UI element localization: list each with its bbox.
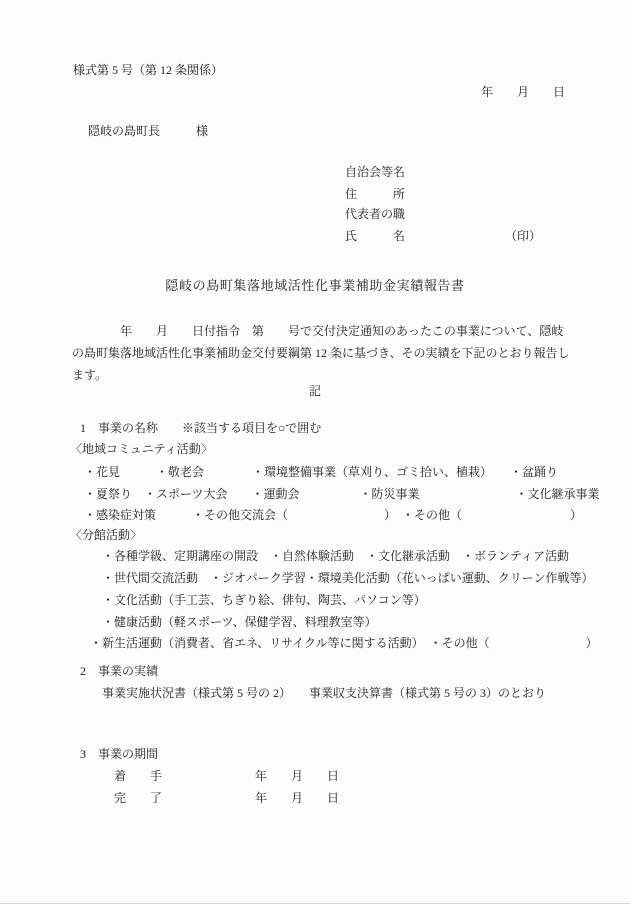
section2-body: 事業実施状況書（様式第 5 号の 2） 事業収支決算書（様式第 5 号の 3）の… — [102, 685, 546, 701]
bunkan-items-line-2: ・世代間交流活動 ・ジオパーク学習・環境美化活動（花いっぱい運動、クリーン作戦等… — [102, 570, 594, 586]
sender-org-label: 自治会等名 — [345, 164, 405, 180]
body-paragraph: 年 月 日付指令 第 号で交付決定通知のあったこの事業について、隠岐 の島町集落… — [72, 320, 570, 386]
bunkan-items-line-3: ・文化活動（手工芸、ちぎり絵、俳句、陶芸、パソコン等） — [102, 592, 426, 608]
sender-address-label: 住 所 — [345, 186, 405, 202]
community-group-label: 〈地域コミュニティ活動〉 — [70, 441, 213, 457]
end-date-label: 完 了 — [114, 790, 162, 806]
bunkan-items-line-4: ・健康活動（軽スポーツ、保健学習、料理教室等） — [102, 614, 377, 630]
document-page: 様式第 5 号（第 12 条関係） 年 月 日 隠岐の島町長 様 自治会等名 住… — [0, 0, 630, 904]
bunkan-items-line-5: ・新生活運動（消費者、省エネ、リサイクル等に関する活動） ・その他（ ） — [90, 635, 598, 651]
section1-heading: 1 事業の名称 ※該当する項目を○で囲む — [80, 420, 321, 436]
addressee-line: 隠岐の島町長 様 — [88, 123, 208, 139]
section3-heading: 3 事業の期間 — [80, 746, 158, 762]
start-date-label: 着 手 — [114, 768, 162, 784]
community-items-line-1: ・花見 ・敬老会 ・環境整備事業（草刈り、ゴミ拾い、植栽） ・盆踊り — [84, 464, 558, 480]
form-number: 様式第 5 号（第 12 条関係） — [73, 62, 223, 78]
end-date-blank: 年 月 日 — [255, 790, 339, 806]
document-title: 隠岐の島町集落地域活性化事業補助金実績報告書 — [0, 276, 630, 295]
bunkan-items-line-1: ・各種学級、定期講座の開設 ・自然体験活動 ・文化継承活動 ・ボランティア活動 — [102, 548, 569, 564]
community-items-line-3: ・感染症対策 ・その他交流会（ ） ・その他（ ） — [84, 507, 582, 523]
section2-heading: 2 事業の実績 — [80, 663, 158, 679]
start-date-blank: 年 月 日 — [255, 768, 339, 784]
date-blank-line: 年 月 日 — [481, 84, 565, 100]
bunkan-group-label: 〈分館活動〉 — [70, 527, 142, 543]
sender-role-label: 代表者の職 — [345, 206, 405, 222]
seal-mark: （印） — [505, 228, 541, 244]
ki-separator: 記 — [0, 383, 630, 399]
community-items-line-2: ・夏祭り ・スポーツ大会 ・運動会 ・防災事業 ・文化継承事業 — [84, 486, 600, 502]
sender-name-label: 氏 名 — [345, 228, 405, 244]
